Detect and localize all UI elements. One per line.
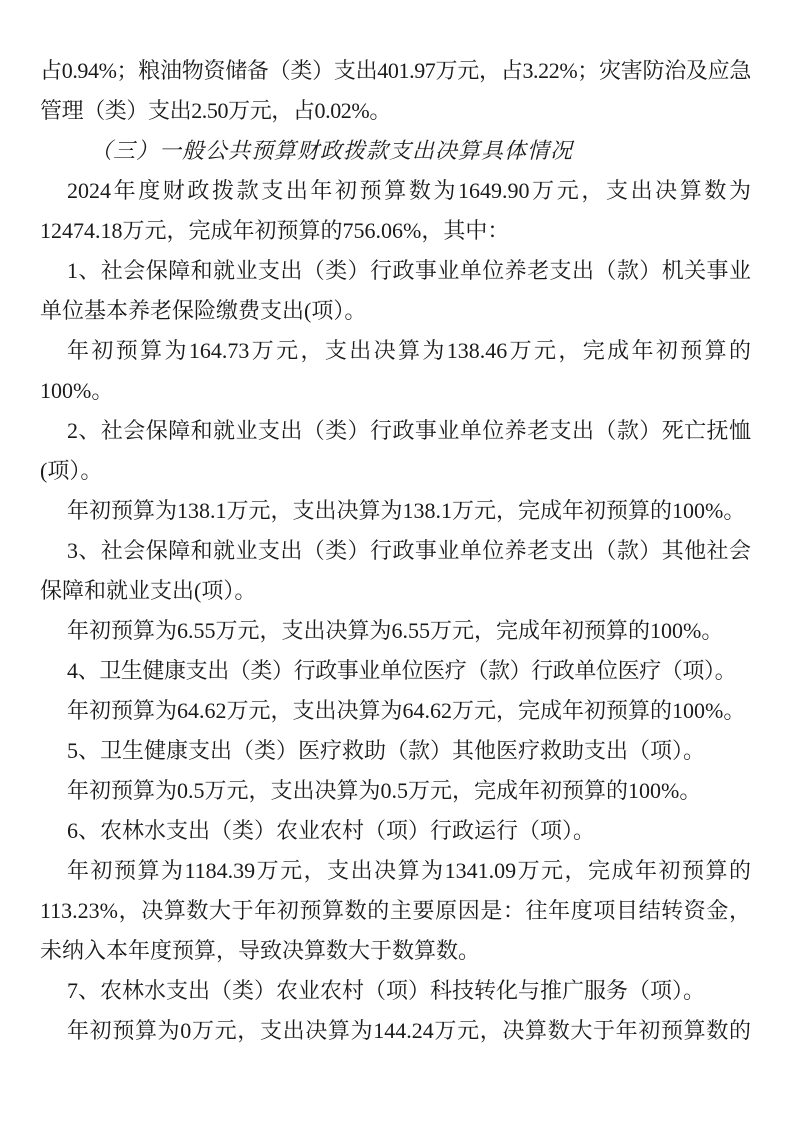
item-7-title: 7、农林水支出（类）农业农村（项）科技转化与推广服务（项）。 bbox=[40, 971, 751, 1011]
item-4-title: 4、卫生健康支出（类）行政事业单位医疗（款）行政单位医疗（项）。 bbox=[40, 651, 751, 691]
item-4-figures: 年初预算为64.62万元，支出决算为64.62万元，完成年初预算的100%。 bbox=[40, 691, 751, 731]
paragraph-2024-budget-overview: 2024年度财政拨款支出年初预算数为1649.90万元，支出决算数为12474.… bbox=[40, 171, 751, 251]
item-3-title: 3、社会保障和就业支出（类）行政事业单位养老支出（款）其他社会保障和就业支出(项… bbox=[40, 531, 751, 611]
item-1-figures: 年初预算为164.73万元，支出决算为138.46万元，完成年初预算的100%。 bbox=[40, 331, 751, 411]
item-2-title: 2、社会保障和就业支出（类）行政事业单位养老支出（款）死亡抚恤(项）。 bbox=[40, 411, 751, 491]
item-1-title: 1、社会保障和就业支出（类）行政事业单位养老支出（款）机关事业单位基本养老保险缴… bbox=[40, 251, 751, 331]
section-heading-three: （三）一般公共预算财政拨款支出决算具体情况 bbox=[40, 131, 751, 171]
item-7-figures-cutoff: 年初预算为0万元，支出决算为144.24万元，决算数大于年初预算数的 bbox=[40, 1011, 751, 1051]
item-5-title: 5、卫生健康支出（类）医疗救助（款）其他医疗救助支出（项）。 bbox=[40, 731, 751, 771]
item-6-title: 6、农林水支出（类）农业农村（项）行政运行（项）。 bbox=[40, 811, 751, 851]
item-3-figures: 年初预算为6.55万元，支出决算为6.55万元，完成年初预算的100%。 bbox=[40, 611, 751, 651]
document-page: 占0.94%；粮油物资储备（类）支出401.97万元，占3.22%；灾害防治及应… bbox=[0, 0, 793, 1122]
item-5-figures: 年初预算为0.5万元，支出决算为0.5万元，完成年初预算的100%。 bbox=[40, 771, 751, 811]
paragraph-expenditure-shares-continued: 占0.94%；粮油物资储备（类）支出401.97万元，占3.22%；灾害防治及应… bbox=[40, 51, 751, 131]
item-2-figures: 年初预算为138.1万元，支出决算为138.1万元，完成年初预算的100%。 bbox=[40, 491, 751, 531]
item-6-figures: 年初预算为1184.39万元，支出决算为1341.09万元，完成年初预算的113… bbox=[40, 851, 751, 971]
